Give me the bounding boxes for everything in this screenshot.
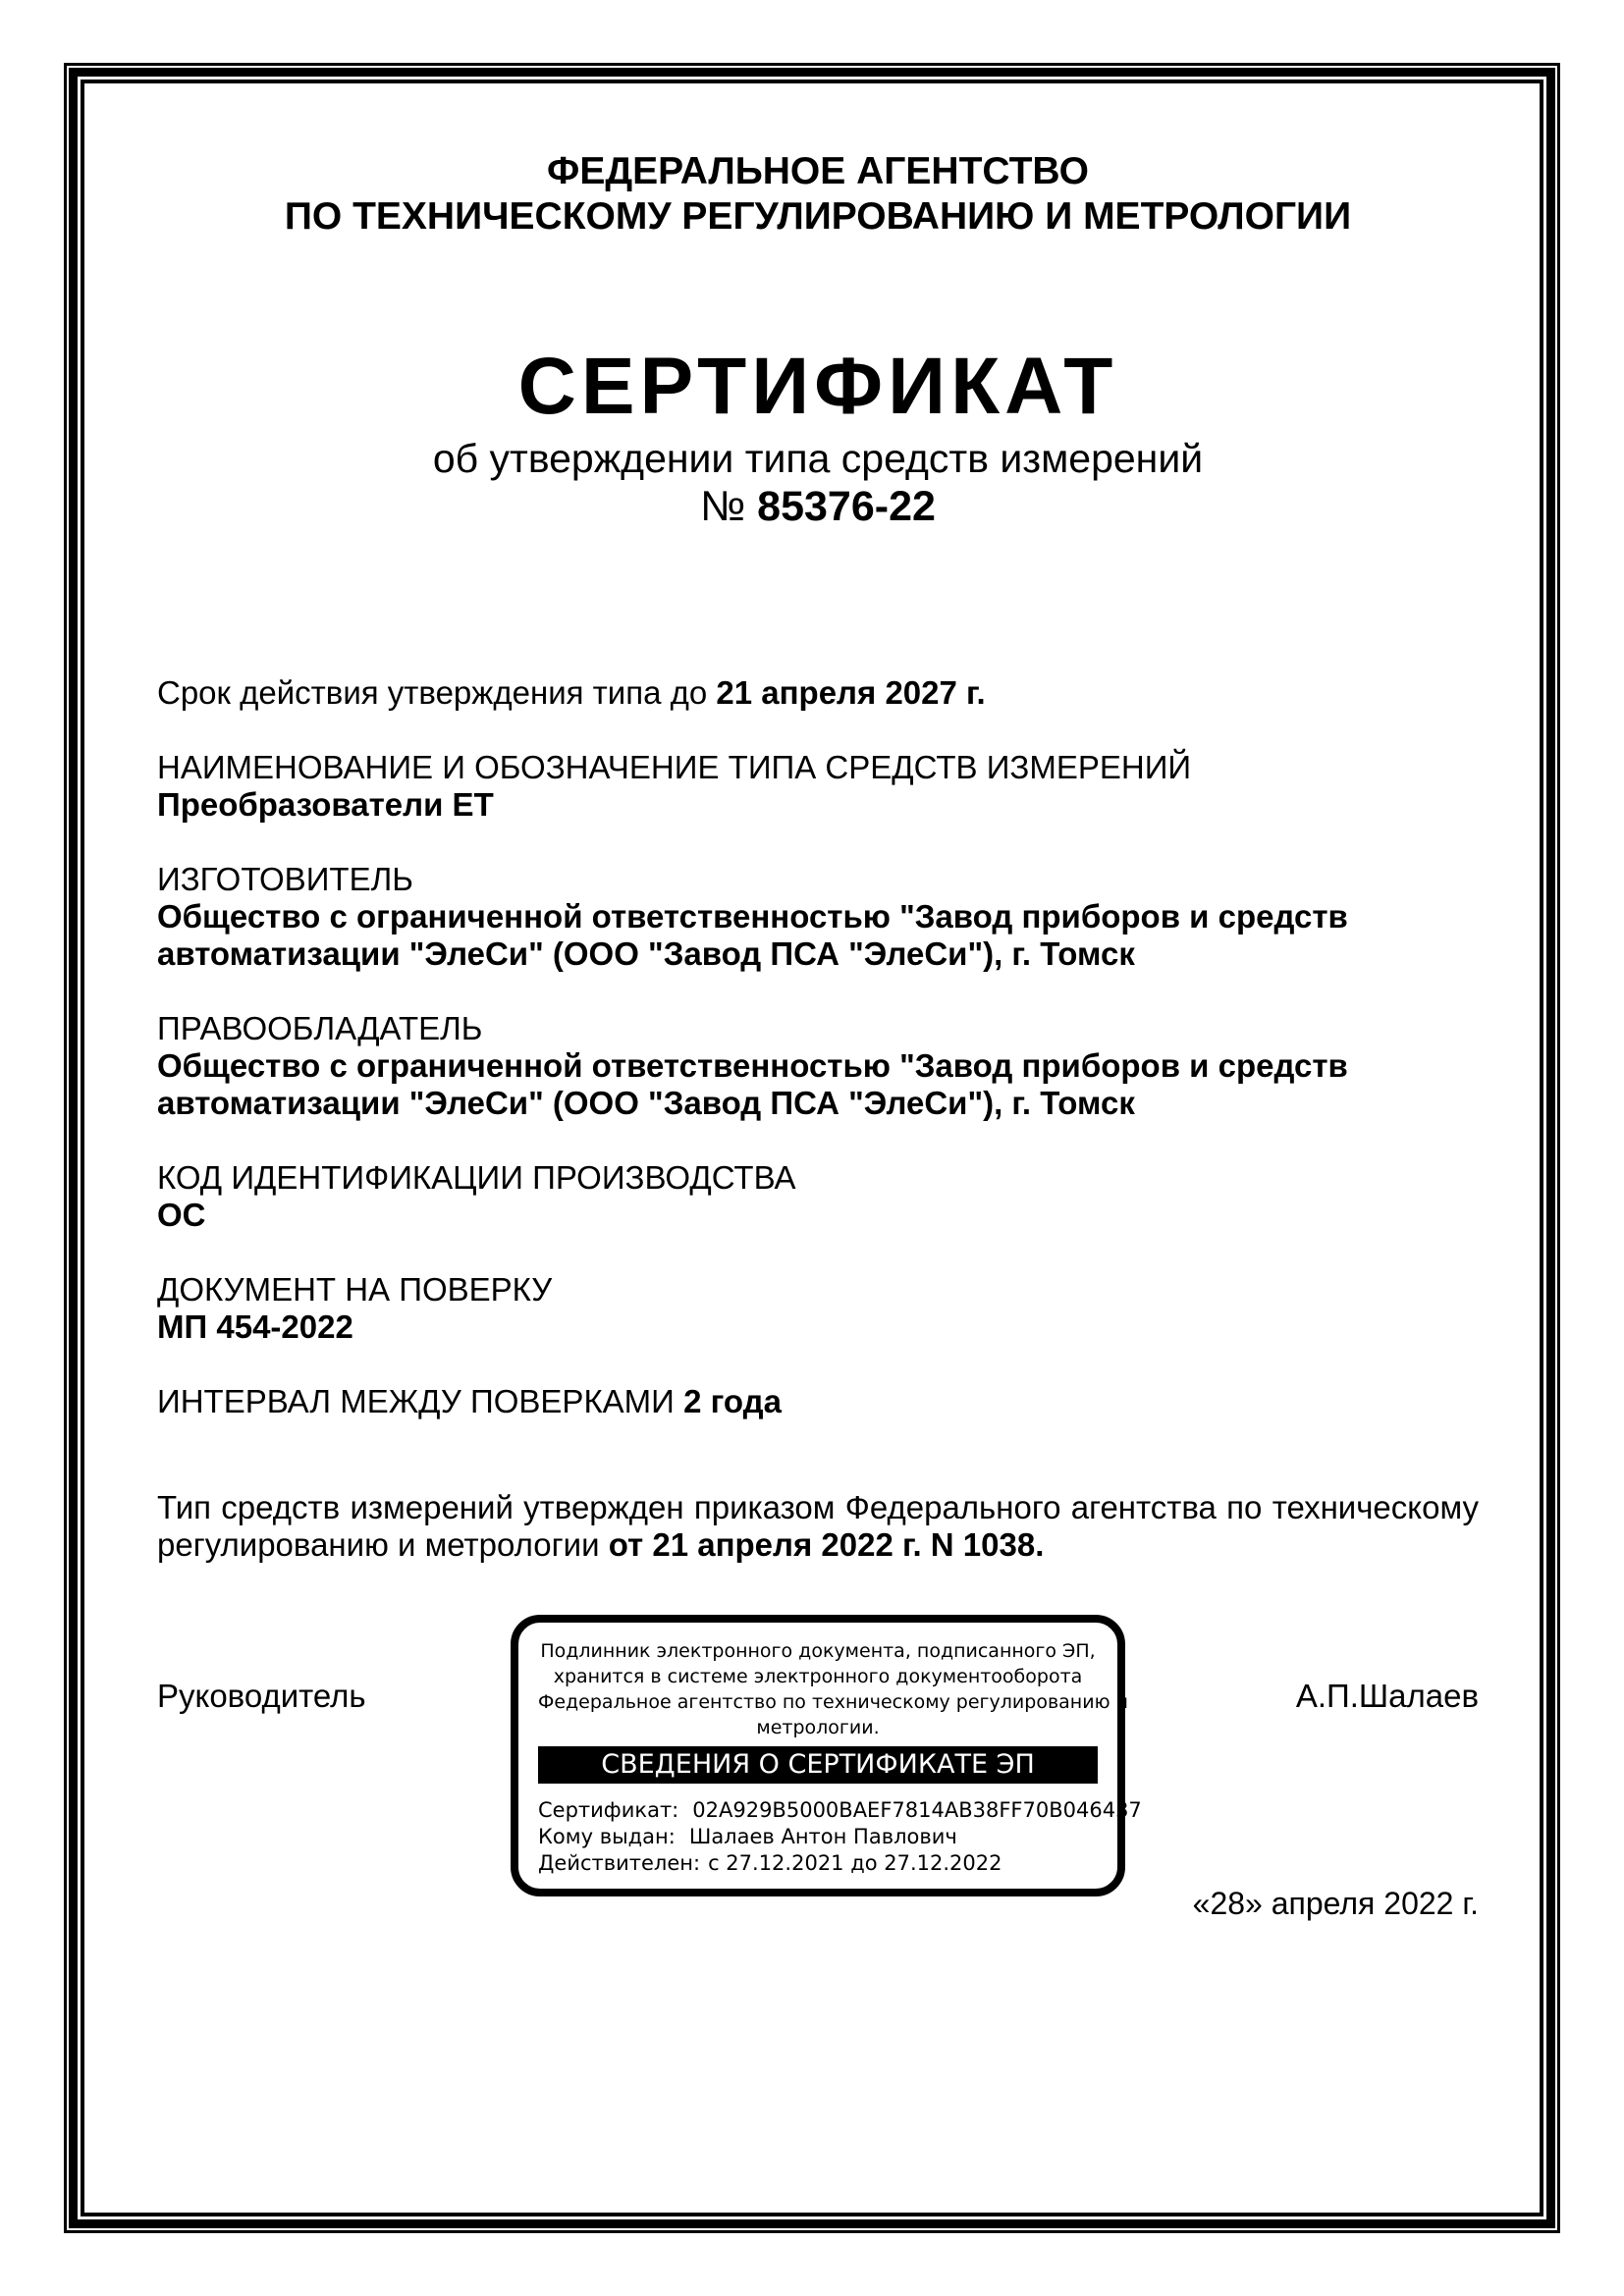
certificate-number: № 85376-22 bbox=[157, 481, 1479, 532]
approval-paragraph: Тип средств измерений утвержден приказом… bbox=[157, 1489, 1479, 1564]
production-code-value: ОС bbox=[157, 1197, 1479, 1234]
certificate-title: СЕРТИФИКАТ bbox=[157, 346, 1479, 428]
rightsholder-section: ПРАВООБЛАДАТЕЛЬ Общество с ограниченной … bbox=[157, 1010, 1479, 1122]
validity-label: Срок действия утверждения типа до bbox=[157, 674, 707, 711]
approval-order: от 21 апреля 2022 г. N 1038. bbox=[609, 1526, 1045, 1563]
stamp-issued-line: Кому выдан:Шалаев Антон Павлович bbox=[538, 1824, 1098, 1850]
certificate-content: ФЕДЕРАЛЬНОЕ АГЕНТСТВО ПО ТЕХНИЧЕСКОМУ РЕ… bbox=[157, 0, 1479, 1922]
manufacturer-section: ИЗГОТОВИТЕЛЬ Общество с ограниченной отв… bbox=[157, 861, 1479, 973]
stamp-valid-value: с 27.12.2021 до 27.12.2022 bbox=[708, 1851, 1001, 1875]
stamp-issued-label: Кому выдан: bbox=[538, 1825, 676, 1848]
stamp-origin-line3: Федеральное агентство по техническому ре… bbox=[538, 1689, 1098, 1715]
stamp-origin-line2: хранится в системе электронного документ… bbox=[538, 1664, 1098, 1689]
production-code-label: КОД ИДЕНТИФИКАЦИИ ПРОИЗВОДСТВА bbox=[157, 1159, 1479, 1197]
signer-role: Руководитель bbox=[157, 1615, 511, 1715]
validity-value: 21 апреля 2027 г. bbox=[716, 674, 985, 711]
stamp-cert-line: Сертификат:02A929B5000BAEF7814AB38FF70B0… bbox=[538, 1797, 1098, 1824]
certificate-number-value: 85376-22 bbox=[757, 483, 936, 530]
certificate-page: ФЕДЕРАЛЬНОЕ АГЕНТСТВО ПО ТЕХНИЧЕСКОМУ РЕ… bbox=[0, 0, 1624, 2296]
agency-header: ФЕДЕРАЛЬНОЕ АГЕНТСТВО ПО ТЕХНИЧЕСКОМУ РЕ… bbox=[157, 149, 1479, 240]
interval-line: ИНТЕРВАЛ МЕЖДУ ПОВЕРКАМИ 2 года bbox=[157, 1383, 1479, 1420]
validity-line: Срок действия утверждения типа до 21 апр… bbox=[157, 674, 1479, 712]
signature-row: Руководитель Подлинник электронного доку… bbox=[157, 1615, 1479, 1896]
type-name-value: Преобразователи ЕТ bbox=[157, 786, 1479, 824]
stamp-valid-line: Действителен:с 27.12.2021 до 27.12.2022 bbox=[538, 1850, 1098, 1877]
stamp-valid-label: Действителен: bbox=[538, 1851, 700, 1875]
rightsholder-label: ПРАВООБЛАДАТЕЛЬ bbox=[157, 1010, 1479, 1047]
stamp-origin-line1: Подлинник электронного документа, подпис… bbox=[538, 1638, 1098, 1664]
agency-header-line1: ФЕДЕРАЛЬНОЕ АГЕНТСТВО bbox=[157, 149, 1479, 194]
verification-doc-label: ДОКУМЕНТ НА ПОВЕРКУ bbox=[157, 1271, 1479, 1308]
production-code-section: КОД ИДЕНТИФИКАЦИИ ПРОИЗВОДСТВА ОС bbox=[157, 1159, 1479, 1234]
interval-label: ИНТЕРВАЛ МЕЖДУ ПОВЕРКАМИ bbox=[157, 1383, 675, 1419]
number-sign: № bbox=[700, 483, 745, 530]
stamp-fields: Сертификат:02A929B5000BAEF7814AB38FF70B0… bbox=[538, 1797, 1098, 1877]
verification-doc-section: ДОКУМЕНТ НА ПОВЕРКУ МП 454-2022 bbox=[157, 1271, 1479, 1346]
signer-name: А.П.Шалаев bbox=[1125, 1615, 1479, 1715]
verification-doc-value: МП 454-2022 bbox=[157, 1308, 1479, 1346]
stamp-cert-label: Сертификат: bbox=[538, 1798, 678, 1822]
stamp-issued-value: Шалаев Антон Павлович bbox=[689, 1825, 957, 1848]
agency-header-line2: ПО ТЕХНИЧЕСКОМУ РЕГУЛИРОВАНИЮ И МЕТРОЛОГ… bbox=[157, 194, 1479, 240]
manufacturer-value: Общество с ограниченной ответственностью… bbox=[157, 898, 1479, 973]
interval-value: 2 года bbox=[683, 1383, 782, 1419]
stamp-bar-title: СВЕДЕНИЯ О СЕРТИФИКАТЕ ЭП bbox=[538, 1746, 1098, 1784]
digital-signature-stamp: Подлинник электронного документа, подпис… bbox=[511, 1615, 1125, 1896]
type-name-section: НАИМЕНОВАНИЕ И ОБОЗНАЧЕНИЕ ТИПА СРЕДСТВ … bbox=[157, 749, 1479, 824]
rightsholder-value: Общество с ограниченной ответственностью… bbox=[157, 1047, 1479, 1122]
stamp-origin-line4: метрологии. bbox=[538, 1715, 1098, 1740]
type-name-label: НАИМЕНОВАНИЕ И ОБОЗНАЧЕНИЕ ТИПА СРЕДСТВ … bbox=[157, 749, 1479, 786]
stamp-origin-text: Подлинник электронного документа, подпис… bbox=[538, 1638, 1098, 1740]
stamp-cert-value: 02A929B5000BAEF7814AB38FF70B046437 bbox=[692, 1798, 1142, 1822]
certificate-subtitle: об утверждении типа средств измерений bbox=[157, 434, 1479, 483]
manufacturer-label: ИЗГОТОВИТЕЛЬ bbox=[157, 861, 1479, 898]
